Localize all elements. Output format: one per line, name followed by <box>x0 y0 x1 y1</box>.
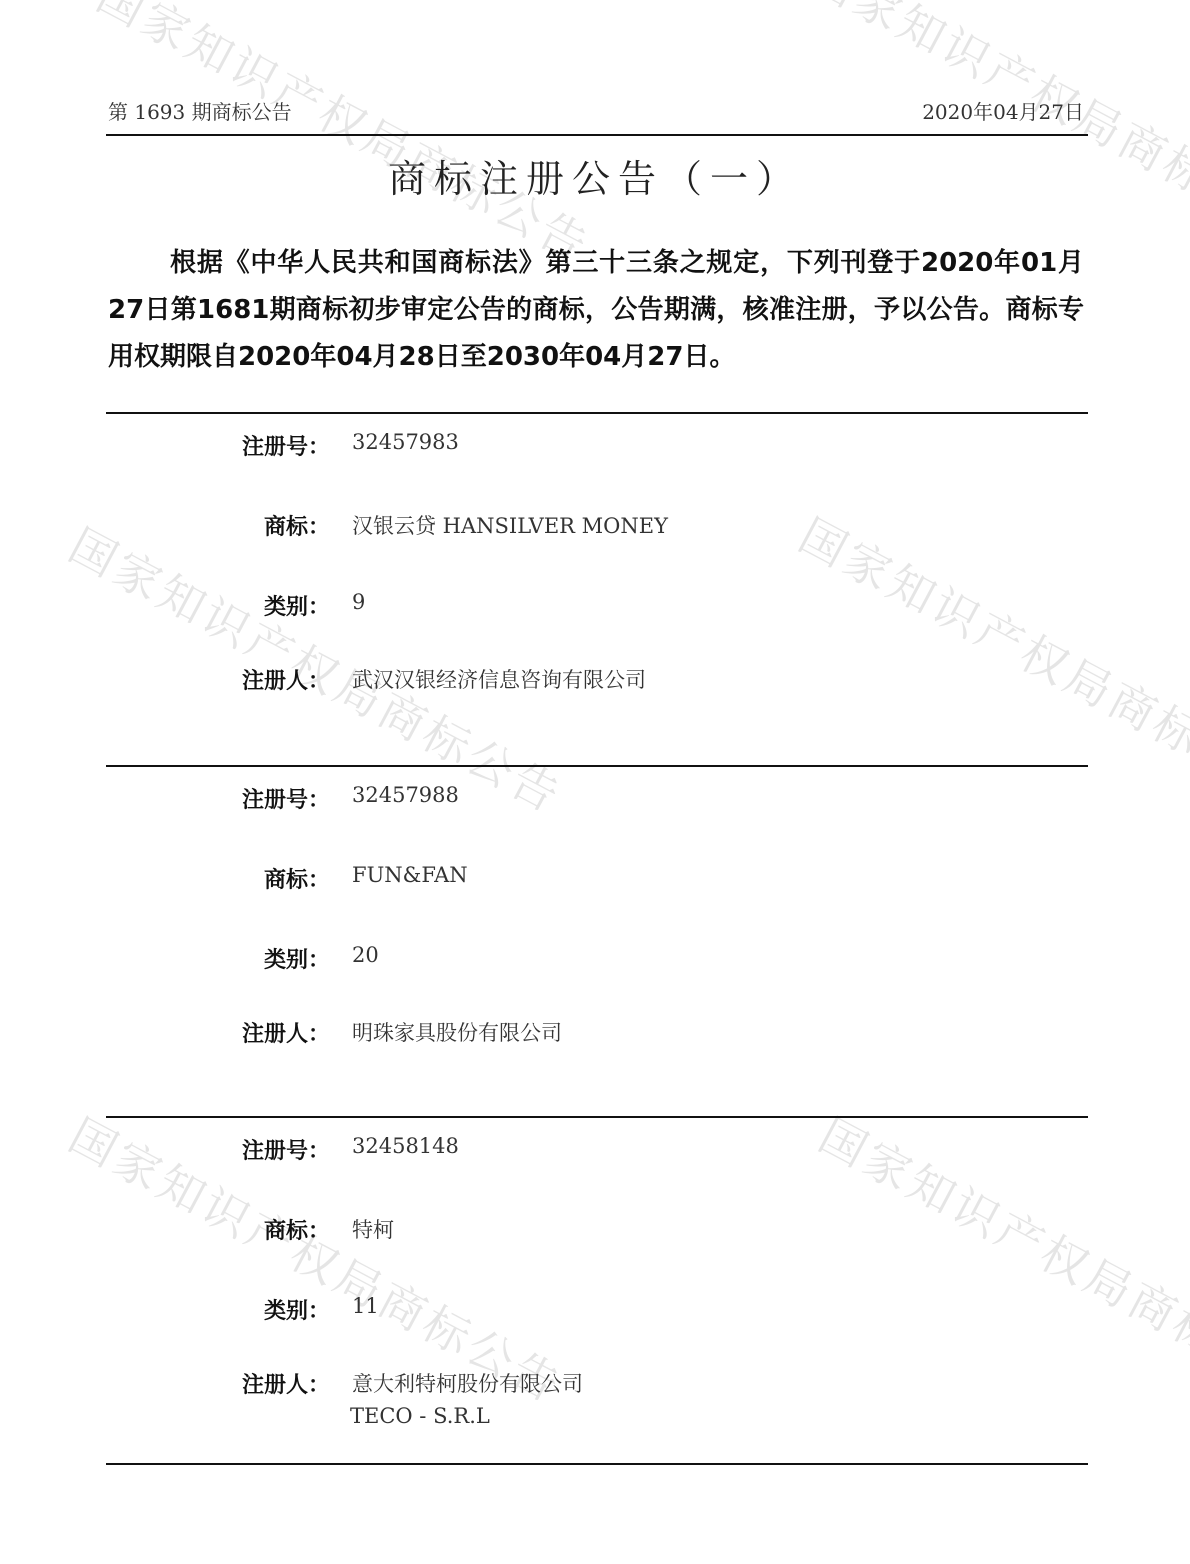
registrant-row: 注册人： 意大利特柯股份有限公司 TECO - S.R.L <box>0 1368 1190 1402</box>
registrant-value: 明珠家具股份有限公司 <box>352 1017 562 1047</box>
reg-no-value: 32457988 <box>352 783 459 807</box>
registrant-row: 注册人： 武汉汉银经济信息咨询有限公司 <box>0 664 1190 698</box>
registrant-label: 注册人： <box>242 664 330 695</box>
record-divider <box>106 412 1088 414</box>
reg-no-value: 32457983 <box>352 430 459 454</box>
page-header: 第 1693 期商标公告 2020年04月27日 <box>108 96 1084 130</box>
header-divider <box>106 134 1088 136</box>
class-value: 9 <box>352 590 365 614</box>
class-value: 11 <box>352 1294 379 1318</box>
mark-value: 汉银云贷 HANSILVER MONEY <box>352 510 668 540</box>
class-row: 类别： 11 <box>0 1294 1190 1328</box>
registrant-en-value: TECO - S.R.L <box>350 1404 490 1428</box>
mark-row: 商标： FUN&FAN <box>0 863 1190 897</box>
class-row: 类别： 20 <box>0 943 1190 977</box>
reg-no-row: 注册号： 32457988 <box>0 783 1190 817</box>
mark-row: 商标： 特柯 <box>0 1214 1190 1248</box>
record-divider <box>106 1116 1088 1118</box>
reg-no-label: 注册号： <box>242 783 330 814</box>
record-divider <box>106 765 1088 767</box>
registrant-value: 意大利特柯股份有限公司 <box>352 1368 583 1398</box>
reg-no-value: 32458148 <box>352 1134 459 1158</box>
watermark: 国家知识产权局商标公告 <box>789 500 1190 816</box>
reg-no-label: 注册号： <box>242 1134 330 1165</box>
intro-paragraph: 根据《中华人民共和国商标法》第三十三条之规定，下列刊登于2020年01月27日第… <box>108 240 1084 381</box>
class-value: 20 <box>352 943 379 967</box>
issue-date: 2020年04月27日 <box>922 96 1084 125</box>
mark-value: FUN&FAN <box>352 863 468 887</box>
reg-no-label: 注册号： <box>242 430 330 461</box>
record-divider <box>106 1463 1088 1465</box>
registrant-row: 注册人： 明珠家具股份有限公司 <box>0 1017 1190 1051</box>
class-label: 类别： <box>264 943 330 974</box>
issue-number: 第 1693 期商标公告 <box>108 96 292 125</box>
mark-value: 特柯 <box>352 1214 394 1244</box>
reg-no-row: 注册号： 32457983 <box>0 430 1190 464</box>
class-label: 类别： <box>264 590 330 621</box>
registrant-label: 注册人： <box>242 1368 330 1399</box>
watermark: 国家知识产权局商标公告 <box>87 0 604 276</box>
page-title: 商标注册公告（一） <box>0 148 1190 203</box>
registrant-value: 武汉汉银经济信息咨询有限公司 <box>352 664 646 694</box>
mark-label: 商标： <box>264 1214 330 1245</box>
mark-label: 商标： <box>264 510 330 541</box>
class-row: 类别： 9 <box>0 590 1190 624</box>
class-label: 类别： <box>264 1294 330 1325</box>
mark-row: 商标： 汉银云贷 HANSILVER MONEY <box>0 510 1190 544</box>
registrant-label: 注册人： <box>242 1017 330 1048</box>
reg-no-row: 注册号： 32458148 <box>0 1134 1190 1168</box>
mark-label: 商标： <box>264 863 330 894</box>
